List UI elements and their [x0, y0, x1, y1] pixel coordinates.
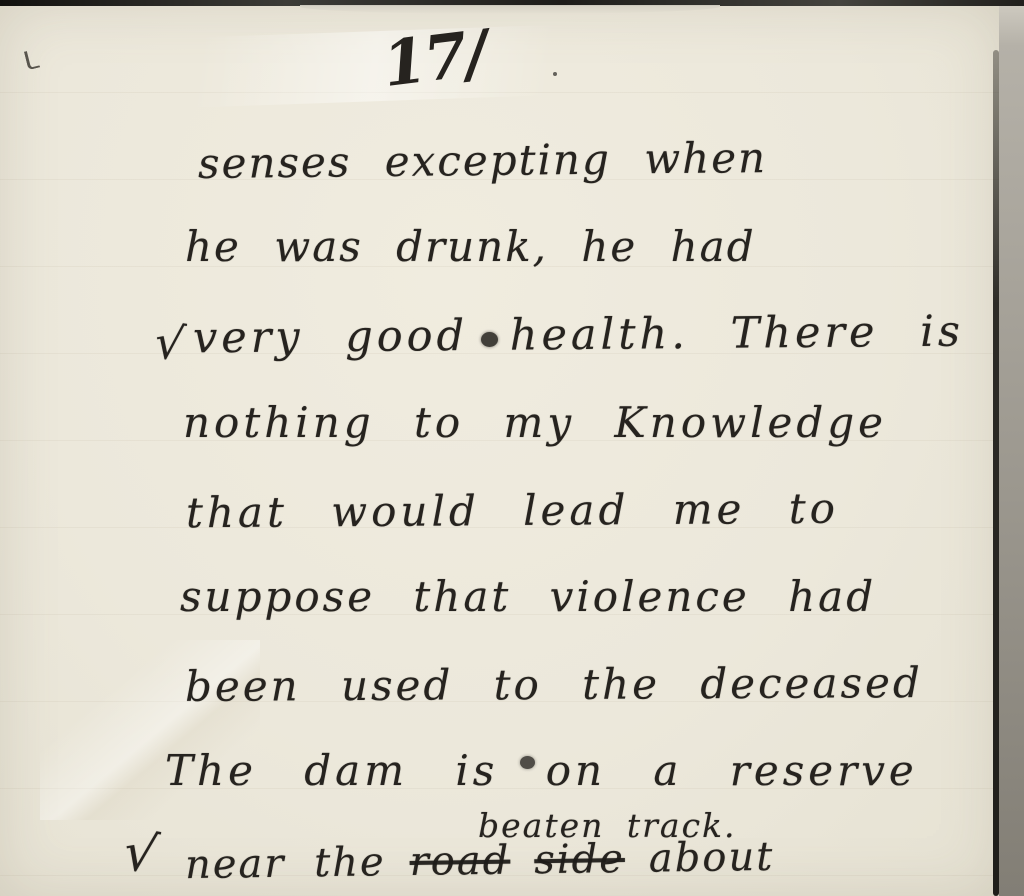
page-number: 17/: [379, 16, 490, 101]
handwritten-line-2: he was drunk, he had: [185, 222, 756, 271]
handwritten-line-3: very good health. There is: [193, 307, 964, 364]
paper-right-edge: [993, 50, 999, 896]
ink-speck: [553, 72, 557, 76]
handwritten-line-8: The dam is on a reserve: [165, 746, 918, 795]
line9-words: about: [649, 834, 775, 882]
handwritten-line-7: been used to the deceased: [185, 658, 923, 711]
line9-words: near the: [185, 839, 386, 888]
scanner-bed-right-top: [999, 6, 1024, 46]
handwritten-line-4: nothing to my Knowledge: [183, 398, 887, 447]
ink-blot: [520, 756, 535, 769]
handwritten-line-6: suppose that violence had: [180, 572, 876, 621]
scanner-bed-right: [999, 44, 1024, 896]
scanned-manuscript: 17/ senses excepting when he was drunk, …: [0, 0, 1024, 896]
ink-blot: [481, 332, 498, 347]
struck-out-word: side: [534, 836, 625, 883]
struck-out-word: road: [409, 838, 510, 885]
handwritten-line-9: near theroadsideabout: [185, 834, 775, 888]
handwritten-line-5: that would lead me to: [186, 484, 839, 538]
handwritten-line-1: senses excepting when: [198, 133, 768, 188]
